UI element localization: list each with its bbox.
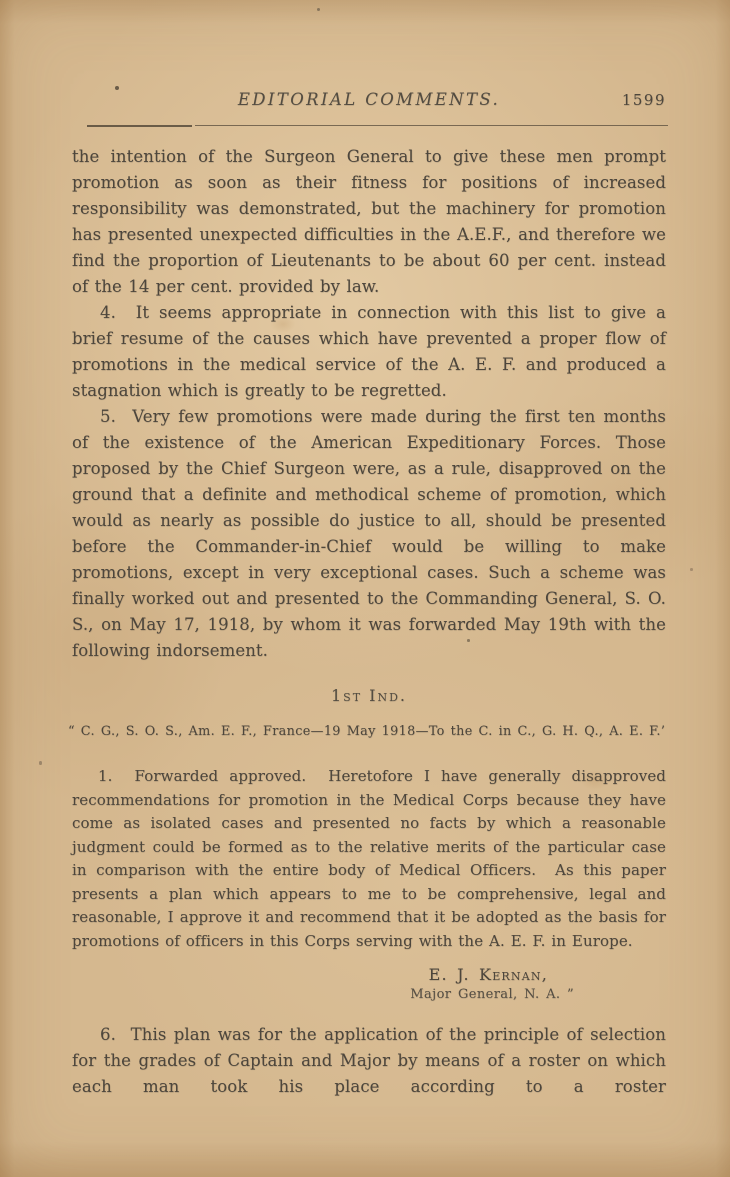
ink-speck [467, 639, 470, 642]
indorsement-reference-line: “ C. G., S. O. S., Am. E. F., France—19 … [68, 724, 666, 739]
header-rule-right-segment [195, 125, 668, 126]
paper-stain [580, 770, 610, 790]
header-rule [72, 122, 666, 130]
paragraph-5: 5. Very few promotions were made during … [72, 404, 666, 664]
ink-speck [39, 761, 42, 765]
paragraph-continuation: the intention of the Surgeon General to … [72, 144, 666, 300]
header-rule-left-segment [87, 125, 192, 127]
signature-title: Major General, N. A. ” [72, 987, 666, 1002]
signature-name: E. J. Kernan, [72, 965, 666, 984]
paragraph-6: 6. This plan was for the application of … [72, 1022, 666, 1100]
running-header: EDITORIAL COMMENTS. 1599 [72, 90, 666, 114]
ink-speck [317, 8, 320, 11]
page-title: EDITORIAL COMMENTS. [72, 90, 666, 109]
paper-stain [270, 315, 296, 333]
page-body: the intention of the Surgeon General to … [72, 144, 666, 1100]
scanned-book-page: EDITORIAL COMMENTS. 1599 the intention o… [0, 0, 730, 1177]
indorsement-body: 1. Forwarded approved. Heretofore I have… [72, 765, 666, 953]
page-number: 1599 [622, 91, 666, 109]
ink-speck [690, 568, 693, 571]
ink-speck [115, 86, 119, 90]
paragraph-4: 4. It seems appropriate in connection wi… [72, 300, 666, 404]
indorsement-heading: 1st Ind. [72, 686, 666, 705]
signature-block: E. J. Kernan, Major General, N. A. ” [72, 965, 666, 1002]
